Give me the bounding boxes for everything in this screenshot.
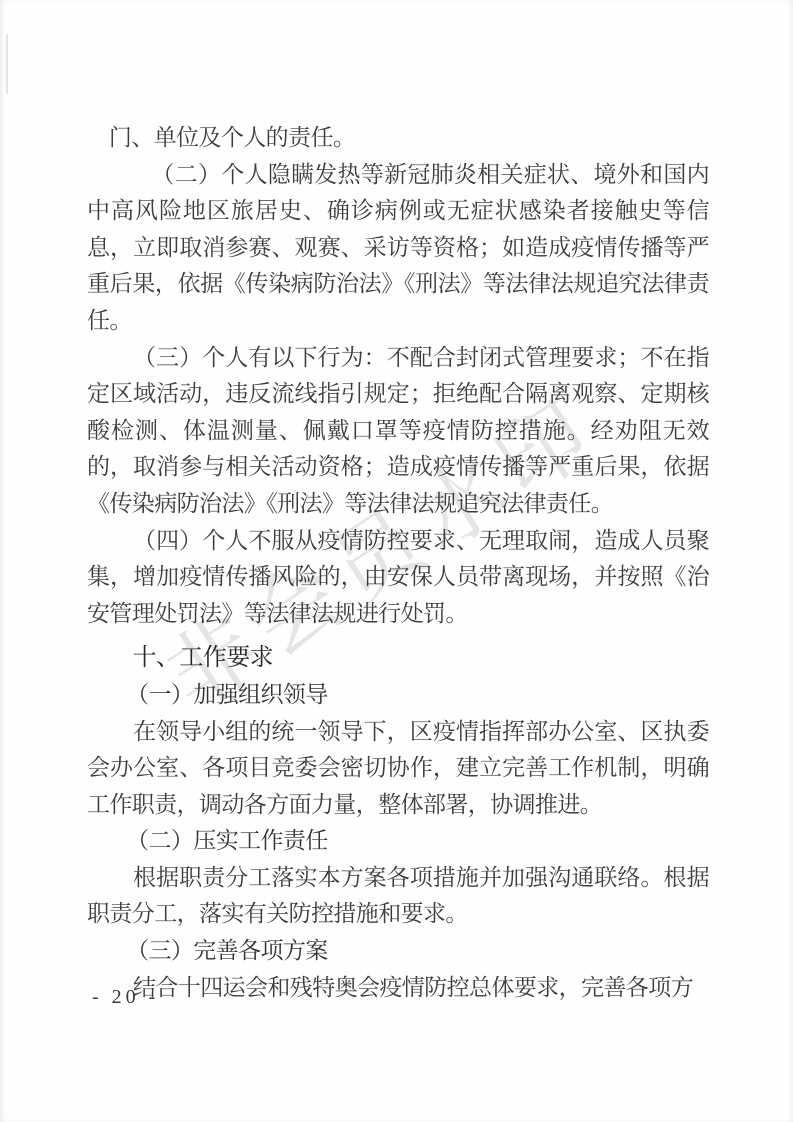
sub-heading-1: （一）加强组织领导	[87, 677, 709, 714]
page-number: - 20 -	[92, 986, 159, 1009]
paragraph-cutoff: 结合十四运会和残特奥会疫情防控总体要求，完善各项方	[87, 970, 709, 1007]
paragraph-item-2: （二）个人隐瞒发热等新冠肺炎相关症状、境外和国内中高风险地区旅居史、确诊病例或无…	[87, 157, 709, 340]
section-heading: 十、工作要求	[87, 640, 709, 677]
sub-heading-3: （三）完善各项方案	[87, 933, 709, 970]
paragraph-item-3: （三）个人有以下行为：不配合封闭式管理要求；不在指定区域活动，违反流线指引规定；…	[87, 340, 709, 523]
paragraph-organization: 在领导小组的统一领导下，区疫情指挥部办公室、区执委会办公室、各项目竞委会密切协作…	[87, 714, 709, 824]
paragraph-item-4: （四）个人不服从疫情防控要求、无理取闹，造成人员聚集，增加疫情传播风险的，由安保…	[87, 523, 709, 633]
paragraph-continuation: 门、单位及个人的责任。	[87, 120, 709, 157]
sub-heading-2: （二）压实工作责任	[87, 823, 709, 860]
document-body: 门、单位及个人的责任。 （二）个人隐瞒发热等新冠肺炎相关症状、境外和国内中高风险…	[87, 0, 709, 1006]
scanned-document-page: 非会员水印 门、单位及个人的责任。 （二）个人隐瞒发热等新冠肺炎相关症状、境外和…	[0, 0, 793, 1122]
paragraph-responsibility: 根据职责分工落实本方案各项措施并加强沟通联络。根据职责分工，落实有关防控措施和要…	[87, 860, 709, 933]
